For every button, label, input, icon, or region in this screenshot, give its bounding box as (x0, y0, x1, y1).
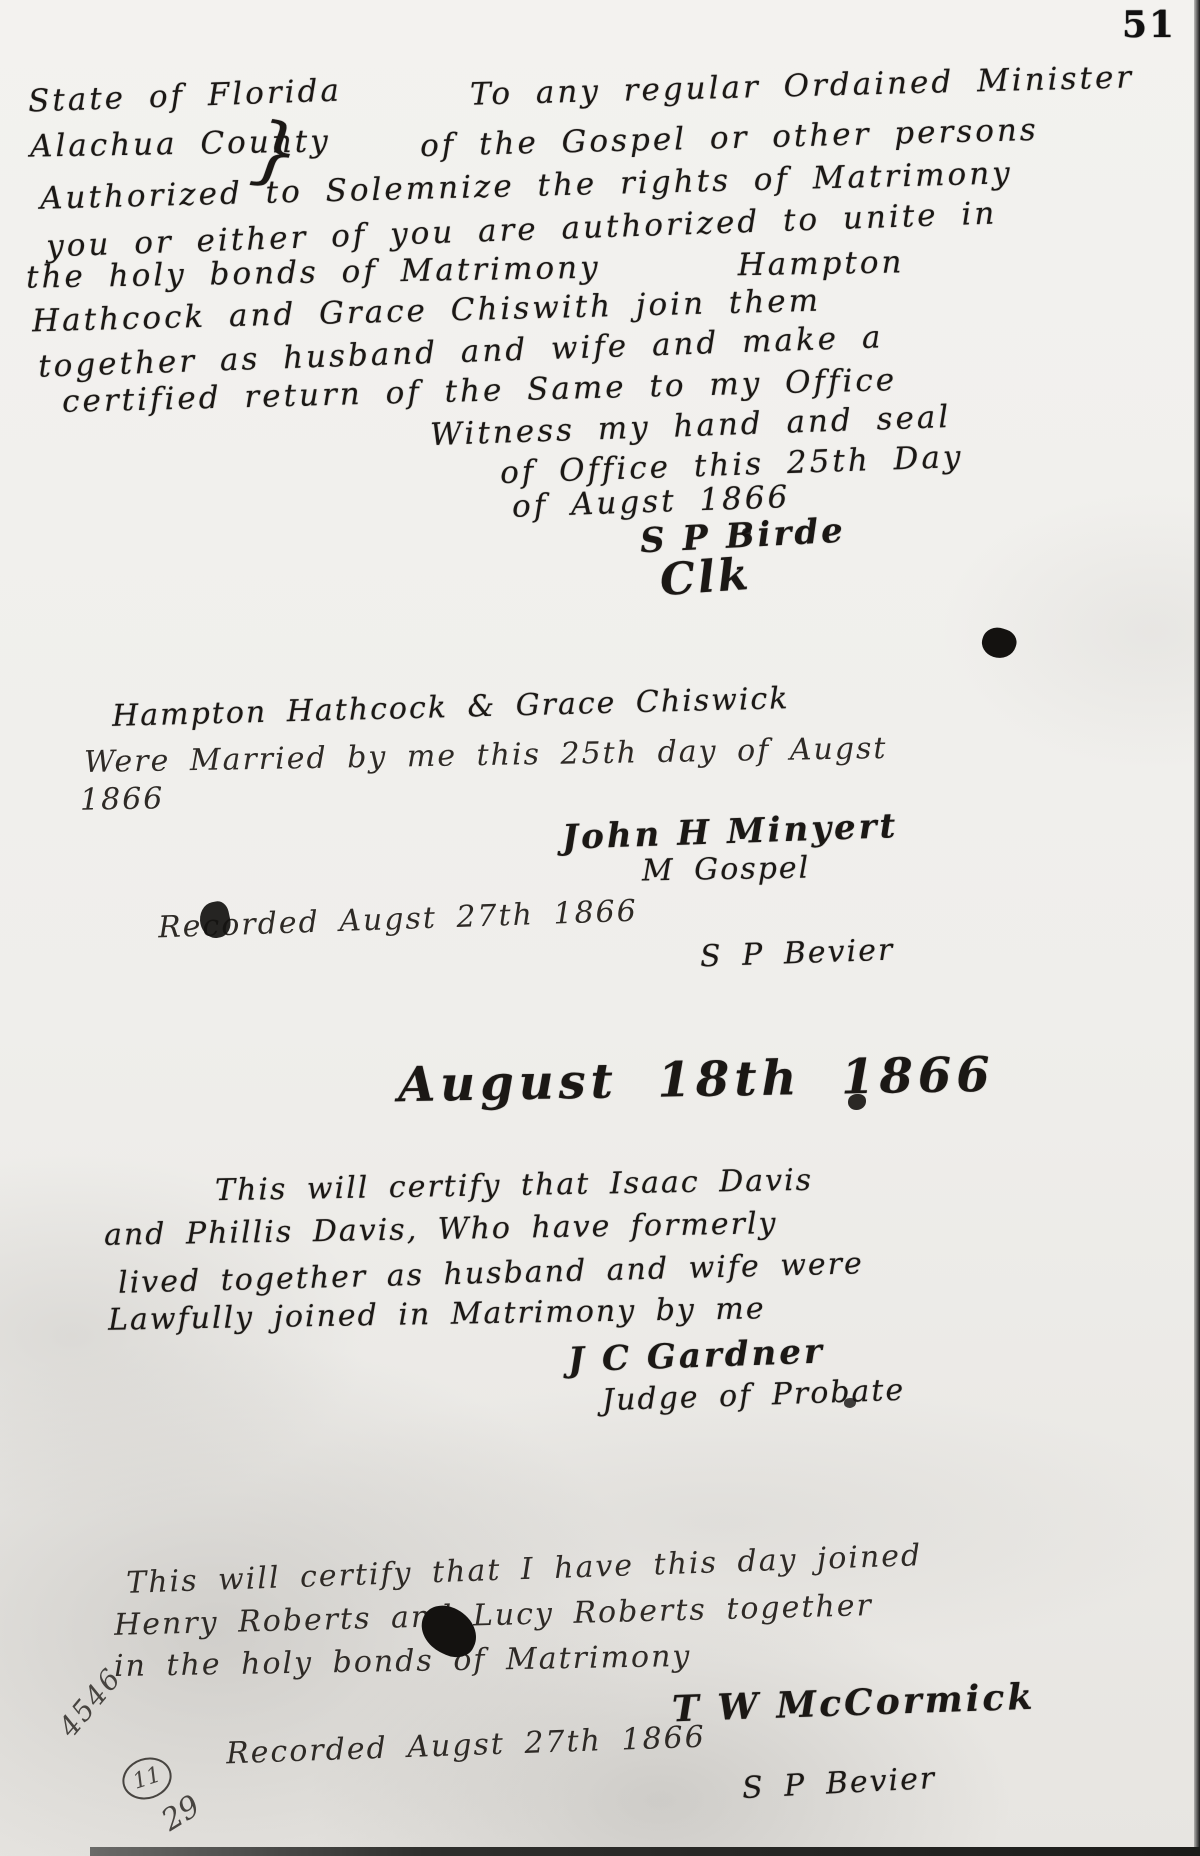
pencil-number-11-circled: 11 (117, 1751, 177, 1805)
ink-blot (978, 623, 1020, 662)
recorder-signature-1: S P Bevier (699, 933, 894, 975)
judge-signature: J C Gardner (567, 1332, 825, 1381)
minister-signature: John H Minyert (561, 806, 898, 858)
officiant-signature: T W McCormick (671, 1676, 1036, 1731)
scan-edge-right (1194, 0, 1200, 1856)
davis-line-1: This will certify that Isaac Davis (215, 1163, 814, 1208)
return-line-2: Were Married by me this 25th day of Augs… (84, 731, 888, 780)
roberts-line-3: in the holy bonds of Matrimony (114, 1639, 692, 1684)
judge-title: Judge of Probate (601, 1373, 905, 1419)
clerk-title: Clk (658, 549, 753, 606)
license-line-1: To any regular Ordained Minister (470, 59, 1135, 112)
recorded-note-2: Recorded Augst 27th 1866 (226, 1720, 707, 1772)
return-line-3: 1866 (80, 781, 165, 817)
minister-title: M Gospel (642, 851, 811, 889)
ink-blot (848, 1094, 866, 1110)
scanned-marriage-record-page: 51 State of Florida To any regular Ordai… (0, 0, 1200, 1856)
scan-edge-bottom (90, 1847, 1200, 1856)
date-heading: August 18th 1866 (398, 1047, 996, 1113)
pencil-number-4546: 4546 (52, 1661, 128, 1743)
pencil-number-29: 29 (156, 1789, 207, 1839)
recorder-signature-2: S P Bevier (741, 1761, 937, 1806)
page-number: 51 (1122, 4, 1176, 46)
return-line-1: Hampton Hathcock & Grace Chiswick (112, 681, 790, 734)
davis-line-2: and Phillis Davis, Who have formerly (104, 1206, 778, 1253)
